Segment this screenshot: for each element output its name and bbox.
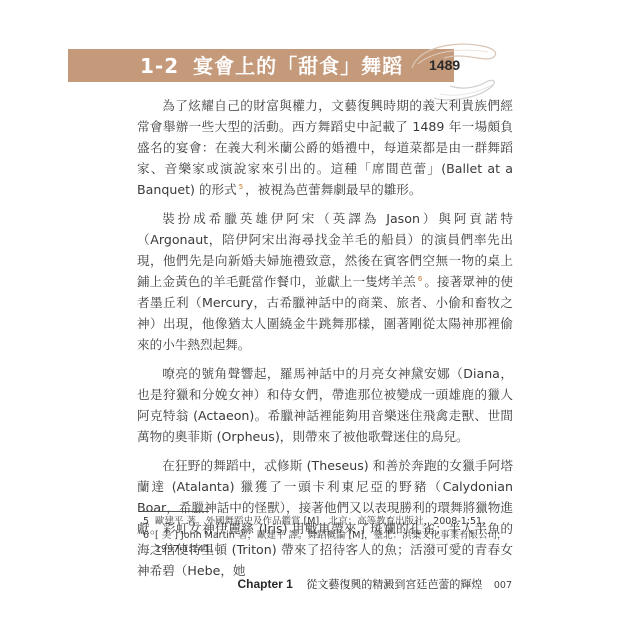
- section-heading: 宴會上的「甜食」舞蹈: [193, 54, 403, 78]
- paragraph: 嘹亮的號角聲響起，羅馬神話中的月亮女神黛安娜（Diana，也是狩獵和分娩女神）和…: [137, 363, 513, 447]
- page-number: 007: [494, 580, 512, 591]
- footnote-text: 歐建平 著。外國舞蹈史及作品鑑賞 [M]，北京：高等教育出版社，2008-1:5…: [155, 515, 513, 529]
- footnote-divider: [143, 511, 209, 512]
- page-footer: Chapter 1 從文藝復興的精澱到宮廷芭蕾的輝煌 007: [238, 576, 513, 594]
- footnote-number: 6: [143, 529, 155, 557]
- paragraph-text: ，被視為芭蕾舞劇最早的雛形。: [245, 182, 421, 197]
- section-number: 1-2: [140, 54, 179, 78]
- footnotes: 5 歐建平 著。外國舞蹈史及作品鑑賞 [M]，北京：高等教育出版社，2008-1…: [143, 515, 513, 557]
- paragraph-text: 嘹亮的號角聲響起，羅馬神話中的月亮女神黛安娜（Diana，也是狩獵和分娩女神）和…: [137, 366, 513, 444]
- chapter-label: Chapter 1: [238, 577, 293, 591]
- footnote-text: [ 美 ] John Martin 著，歐建平 譯。舞蹈概論 [M]，臺北：洪葉…: [155, 529, 513, 557]
- chapter-title: 從文藝復興的精澱到宮廷芭蕾的輝煌: [306, 578, 482, 591]
- footnote-6: 6 [ 美 ] John Martin 著，歐建平 譯。舞蹈概論 [M]，臺北：…: [143, 529, 513, 557]
- year-label: 1489: [429, 55, 460, 75]
- paragraph: 為了炫耀自己的財富與權力，文藝復興時期的義大利貴族們經常會舉辦一些大型的活動。西…: [137, 95, 513, 200]
- book-page: 1-2宴會上的「甜食」舞蹈 1489 為了炫耀自己的財富與權力，文藝復興時期的義…: [0, 0, 620, 620]
- footnote-ref-6[interactable]: 6: [418, 275, 422, 283]
- section-title: 1-2宴會上的「甜食」舞蹈: [140, 52, 403, 80]
- paragraph: 裝扮成希臘英雄伊阿宋（英譯為 Jason）與阿貢諾特（Argonaut，陪伊阿宋…: [137, 208, 513, 355]
- footnote-number: 5: [143, 515, 155, 529]
- footnote-ref-5[interactable]: 5: [239, 183, 243, 191]
- footnote-5: 5 歐建平 著。外國舞蹈史及作品鑑賞 [M]，北京：高等教育出版社，2008-1…: [143, 515, 513, 529]
